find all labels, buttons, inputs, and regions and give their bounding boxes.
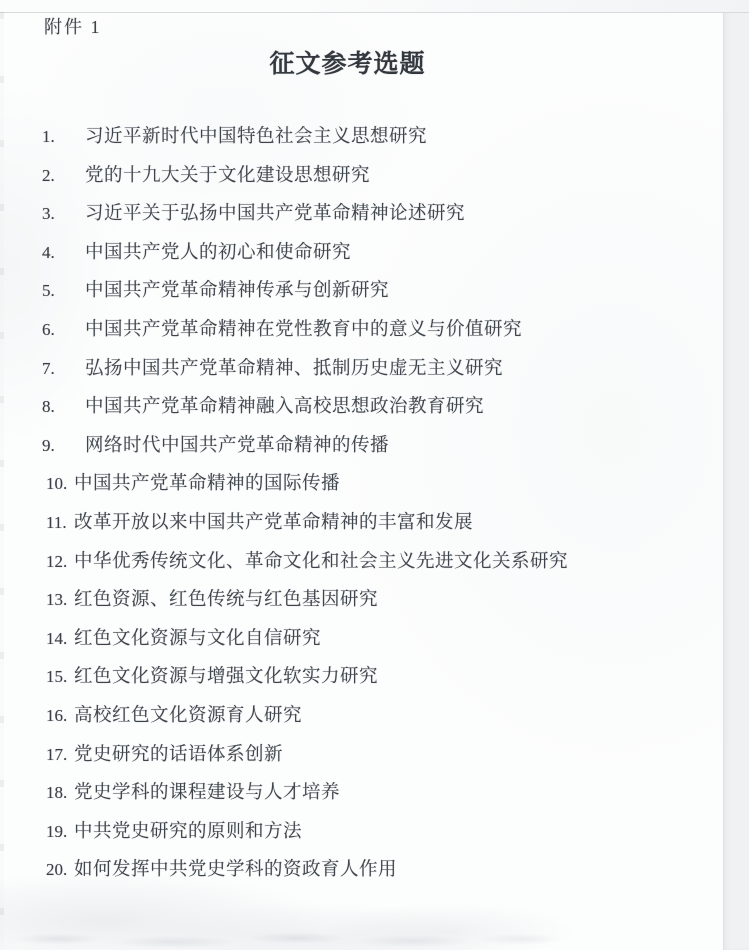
- topic-number: 7.: [42, 350, 55, 389]
- topic-row: 9. 网络时代中国共产党革命精神的传播: [0, 427, 723, 466]
- topic-row: 1. 习近平新时代中国特色社会主义思想研究: [0, 118, 723, 157]
- topic-number: 5.: [42, 272, 55, 311]
- topic-row: 7. 弘扬中国共产党革命精神、抵制历史虚无主义研究: [0, 350, 723, 389]
- topic-text: 党的十九大关于文化建设思想研究: [85, 157, 370, 196]
- topic-text: 中国共产党革命精神融入高校思想政治教育研究: [85, 388, 484, 427]
- topic-number: 15.: [46, 658, 67, 697]
- topic-row: 16. 高校红色文化资源育人研究: [0, 697, 723, 736]
- topic-number: 11.: [46, 504, 67, 543]
- topic-text: 中华优秀传统文化、革命文化和社会主义先进文化关系研究: [74, 543, 568, 582]
- topic-number: 14.: [46, 620, 67, 659]
- topic-number: 6.: [42, 311, 55, 350]
- topic-number: 4.: [42, 234, 55, 273]
- topic-number: 12.: [46, 543, 67, 582]
- topic-text: 红色文化资源与文化自信研究: [74, 620, 321, 659]
- topic-text: 红色文化资源与增强文化软实力研究: [74, 658, 378, 697]
- topic-text: 如何发挥中共党史学科的资政育人作用: [74, 851, 397, 890]
- topic-number: 20.: [46, 851, 67, 890]
- topic-number: 3.: [42, 195, 55, 234]
- topic-number: 8.: [42, 388, 55, 427]
- attachment-label: 附件 1: [44, 13, 102, 39]
- topic-row: 3. 习近平关于弘扬中国共产党革命精神论述研究: [0, 195, 723, 234]
- topic-text: 中国共产党革命精神的国际传播: [74, 465, 340, 504]
- topic-text: 中国共产党革命精神传承与创新研究: [85, 272, 389, 311]
- topic-text: 中国共产党人的初心和使命研究: [85, 234, 351, 273]
- topic-row: 13. 红色资源、红色传统与红色基因研究: [0, 581, 723, 620]
- topic-number: 16.: [46, 697, 67, 736]
- topic-number: 18.: [46, 774, 67, 813]
- scan-top-edge: [0, 0, 749, 13]
- topic-row: 10. 中国共产党革命精神的国际传播: [0, 465, 723, 504]
- topic-text: 中共党史研究的原则和方法: [74, 813, 302, 852]
- topic-row: 15. 红色文化资源与增强文化软实力研究: [0, 658, 723, 697]
- topic-row: 2. 党的十九大关于文化建设思想研究: [0, 157, 723, 196]
- topic-list: 1. 习近平新时代中国特色社会主义思想研究 2. 党的十九大关于文化建设思想研究…: [0, 118, 723, 890]
- topic-number: 9.: [42, 427, 55, 466]
- topic-row: 11. 改革开放以来中国共产党革命精神的丰富和发展: [0, 504, 723, 543]
- topic-text: 习近平新时代中国特色社会主义思想研究: [85, 118, 427, 157]
- page-title: 征文参考选题: [0, 44, 709, 80]
- topic-text: 党史学科的课程建设与人才培养: [74, 774, 340, 813]
- topic-text: 中国共产党革命精神在党性教育中的意义与价值研究: [85, 311, 522, 350]
- topic-number: 19.: [46, 813, 67, 852]
- topic-number: 1.: [42, 118, 55, 157]
- topic-text: 习近平关于弘扬中国共产党革命精神论述研究: [85, 195, 465, 234]
- topic-row: 18. 党史学科的课程建设与人才培养: [0, 774, 723, 813]
- topic-row: 8. 中国共产党革命精神融入高校思想政治教育研究: [0, 388, 723, 427]
- topic-text: 红色资源、红色传统与红色基因研究: [74, 581, 378, 620]
- topic-text: 高校红色文化资源育人研究: [74, 697, 302, 736]
- topic-number: 17.: [46, 736, 67, 775]
- topic-text: 党史研究的话语体系创新: [74, 736, 283, 775]
- topic-row: 5. 中国共产党革命精神传承与创新研究: [0, 272, 723, 311]
- topic-text: 弘扬中国共产党革命精神、抵制历史虚无主义研究: [85, 350, 503, 389]
- topic-row: 20. 如何发挥中共党史学科的资政育人作用: [0, 851, 723, 890]
- topic-number: 10.: [46, 465, 67, 504]
- topic-row: 17. 党史研究的话语体系创新: [0, 736, 723, 775]
- topic-row: 14. 红色文化资源与文化自信研究: [0, 620, 723, 659]
- topic-text: 改革开放以来中国共产党革命精神的丰富和发展: [74, 504, 473, 543]
- topic-row: 19. 中共党史研究的原则和方法: [0, 813, 723, 852]
- scanned-document-page: 附件 1 征文参考选题 1. 习近平新时代中国特色社会主义思想研究 2. 党的十…: [0, 0, 749, 950]
- scan-right-edge: [723, 0, 749, 950]
- topic-row: 6. 中国共产党革命精神在党性教育中的意义与价值研究: [0, 311, 723, 350]
- topic-row: 12. 中华优秀传统文化、革命文化和社会主义先进文化关系研究: [0, 543, 723, 582]
- topic-number: 2.: [42, 157, 55, 196]
- scan-bottom-noise: [0, 930, 723, 950]
- topic-row: 4. 中国共产党人的初心和使命研究: [0, 234, 723, 273]
- topic-number: 13.: [46, 581, 67, 620]
- topic-text: 网络时代中国共产党革命精神的传播: [85, 427, 389, 466]
